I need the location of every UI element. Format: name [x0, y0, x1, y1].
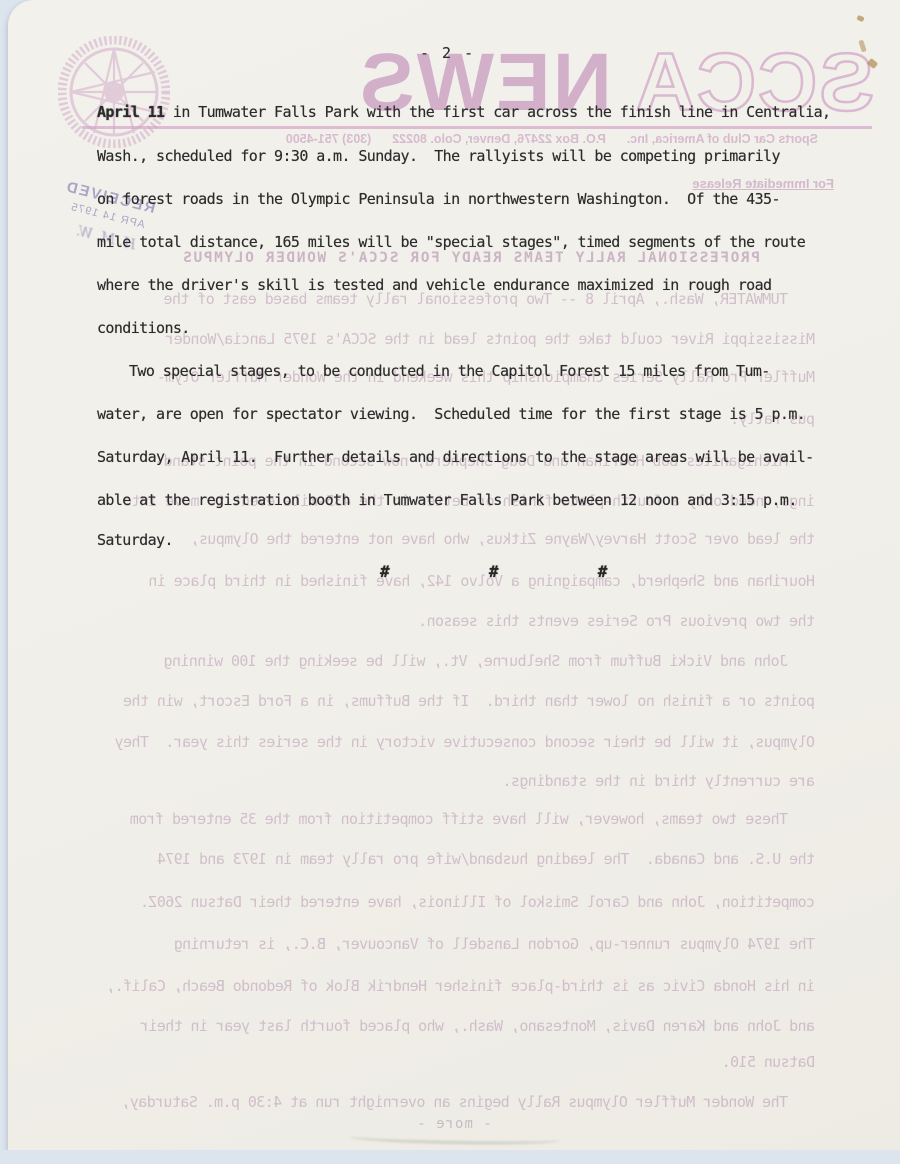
bleedthrough-text-line: the lead over Scott Harvey/Wayne Zitkus,…: [191, 530, 815, 548]
bleedthrough-text-line: competition, John and Carol Smiskol of I…: [141, 893, 815, 911]
letterhead-address: Sports Car Club of America, Inc. P.O. Bo…: [286, 132, 818, 146]
bleedthrough-text-line: in his Honda Civic as is third-place fin…: [107, 977, 815, 995]
body-text-line: Wash., scheduled for 9:30 a.m. Sunday. T…: [97, 147, 780, 165]
rust-smudge-mark: [856, 15, 864, 22]
bleedthrough-text-line: These two teams, however, will have stif…: [130, 810, 788, 828]
rust-smudge-mark: [867, 58, 878, 69]
body-text-line: able at the registration booth in Tumwat…: [97, 491, 797, 509]
body-text-line: where the driver's skill is tested and v…: [97, 276, 771, 294]
bleedthrough-text-line: and John and Karen Davis, Montesano, Was…: [141, 1017, 815, 1035]
body-text-line: Saturday, April 11. Further details and …: [97, 448, 814, 466]
body-text-line: on forest roads in the Olympic Peninsula…: [97, 190, 780, 208]
scanned-press-release-page: { "page": { "number_label": "- 2 -" }, "…: [0, 0, 900, 1164]
bleedthrough-text-line: the U.S. and Canada. The leading husband…: [157, 850, 815, 868]
body-text-line: conditions.: [97, 319, 190, 337]
scanner-bed-edge: [0, 1150, 900, 1164]
letterhead-rule: [82, 126, 872, 129]
rust-smudge-mark: [858, 40, 866, 53]
bleedthrough-text-line: points or a finish no lower than third. …: [124, 692, 815, 710]
for-immediate-release-label: For Immediate Release: [692, 176, 834, 191]
bleedthrough-text-line: Datsun 510.: [722, 1053, 815, 1071]
bleedthrough-text-line: Mississippi River could take the points …: [166, 330, 815, 348]
end-of-release-mark: # # #: [380, 562, 607, 581]
bold-lead-text: April 11: [97, 103, 164, 121]
bleedthrough-text-line: The Wonder Muffler Olympus Rally begins …: [122, 1093, 788, 1111]
body-text-line: Saturday.: [97, 531, 173, 549]
body-text-line: mile total distance, 165 miles will be "…: [97, 233, 805, 251]
bleedthrough-text-line: John and Vicki Buffum from Shelburne, Vt…: [164, 652, 788, 670]
bleedthrough-text-line: the two previous Pro Series events this …: [419, 612, 815, 630]
body-line-text: in Tumwater Falls Park with the first ca…: [164, 103, 830, 121]
scca-wheel-emblem-icon: [58, 36, 170, 148]
bleedthrough-text-line: are currently third in the standings.: [503, 772, 815, 790]
body-text-line: April 11 in Tumwater Falls Park with the…: [97, 103, 830, 121]
bleedthrough-text-line: Olympus, it will be their second consecu…: [115, 733, 815, 751]
body-text-line: water, are open for spectator viewing. S…: [97, 405, 805, 423]
body-text-line: Two special stages, to be conducted in t…: [129, 362, 770, 380]
pencil-scribble: [350, 1131, 560, 1146]
document-page: SCCA NEWS Sports Car Club of America, In…: [8, 0, 900, 1150]
bleedthrough-headline: PROFESSIONAL RALLY TEAMS READY FOR SCCA'…: [182, 250, 760, 266]
bleedthrough-text-line: The 1974 Olympus runner-up, Gordon Lansd…: [174, 935, 815, 953]
page-number: - 2 -: [420, 44, 475, 62]
more-continuation-label: - more -: [8, 1116, 900, 1132]
